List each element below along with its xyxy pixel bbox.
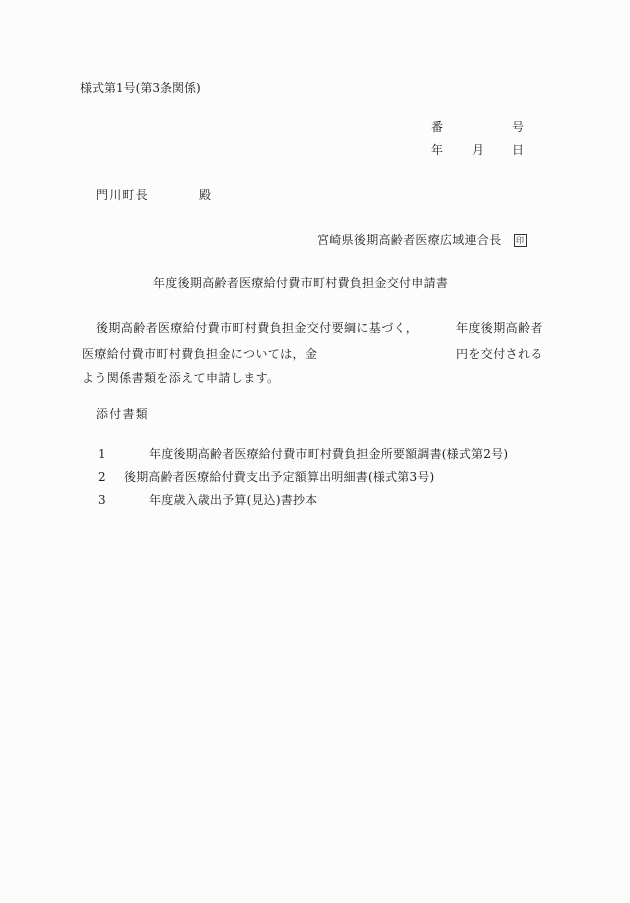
addressee-name: 門川町長	[96, 188, 149, 202]
attachment-number: 1	[98, 447, 106, 461]
attachment-number: 3	[98, 493, 106, 507]
seal-icon: 印	[514, 234, 527, 247]
addressee-honorific: 殿	[199, 188, 211, 202]
date-month-label: 月	[472, 143, 484, 157]
date-day-label: 日	[512, 143, 524, 157]
form-label: 様式第1号(第3条関係)	[80, 81, 201, 95]
sender-name: 宮崎県後期高齢者医療広域連合長	[317, 233, 502, 247]
number-label-go: 号	[512, 120, 524, 134]
body-line-1-right: 年度後期高齢者	[456, 321, 543, 335]
body-line-3: よう関係書類を添えて申請します。	[82, 371, 279, 385]
body-line-1-left: 後期高齢者医療給付費市町村費負担金交付要綱に基づく，	[96, 321, 418, 335]
body-line-2-left: 医療給付費市町村費負担金については，金	[82, 347, 317, 361]
sender-block: 宮崎県後期高齢者医療広域連合長印	[317, 233, 527, 247]
body-line-2-right: 円を交付される	[456, 347, 543, 361]
attachments-heading: 添付書類	[96, 407, 149, 421]
attachment-text: 年度後期高齢者医療給付費市町村費負担金所要額調書(様式第2号)	[149, 447, 508, 461]
number-label-ban: 番	[431, 120, 443, 134]
attachment-text: 後期高齢者医療給付費支出予定額算出明細書(様式第3号)	[124, 470, 434, 484]
date-year-label: 年	[431, 143, 443, 157]
document-title: 年度後期高齢者医療給付費市町村費負担金交付申請書	[153, 276, 448, 290]
attachment-number: 2	[98, 470, 106, 484]
attachment-text: 年度歳入歳出予算(見込)書抄本	[149, 493, 317, 507]
